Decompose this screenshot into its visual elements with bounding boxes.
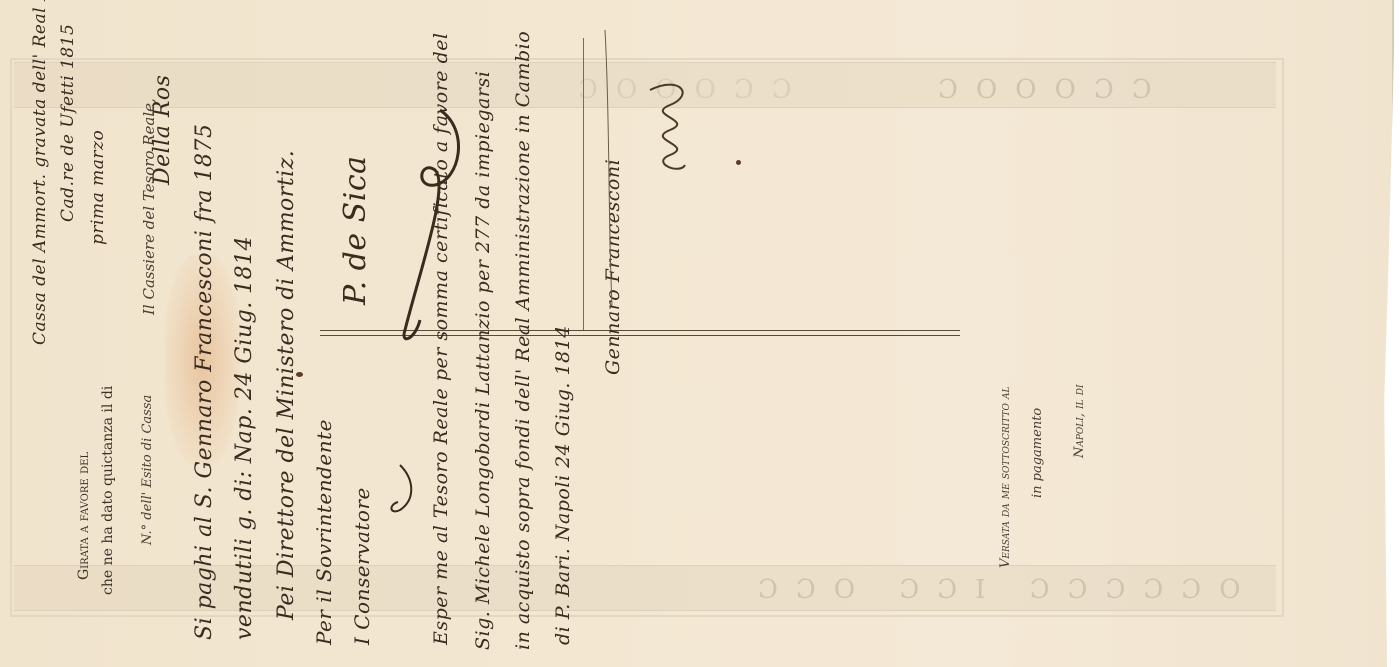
napoli-label: Napoli, il di: [1072, 384, 1087, 458]
bleed-through-bottom-print: OCCCCC ICC OCC: [740, 572, 1240, 602]
endorsement-line-4: di P. Bari. Napoli 24 Giug. 1814: [552, 325, 574, 645]
ink-spot: [736, 160, 741, 165]
middle-signature: P. de Sica: [338, 155, 373, 305]
document-paper: CCOOOC CCOOOC OCCCCC ICC OCC Girata a fa…: [0, 0, 1394, 667]
girata-line: Girata a favore del: [76, 452, 92, 580]
quietanza-line: che ne ha dato quictanza il di: [100, 386, 116, 595]
girata-label: Girata a favore del: [76, 452, 92, 580]
napoli-date-line: Napoli, il di: [1072, 384, 1087, 458]
handwritten-quietanza-date: prima marzo: [88, 130, 108, 245]
closing-flourish-icon: [380, 460, 420, 520]
handwritten-line-1: Si paghi al S. Gennaro Francesconi fra 1…: [192, 123, 217, 640]
handwritten-line-2: vendutili g. di: Nap. 24 Giug. 1814: [232, 236, 257, 640]
paraph-flourish-icon: [640, 75, 700, 185]
handwritten-line-4: Per il Sovrintendente: [312, 419, 336, 645]
endorsement-line-2: Sig. Michele Longobardi Lattanzio per 27…: [472, 71, 494, 650]
handwritten-line-5: I Conservatore: [350, 487, 374, 645]
pagamento-line: in pagamento: [1030, 408, 1045, 498]
versata-label: Versata da me sottoscritto al: [998, 387, 1013, 568]
versata-line: Versata da me sottoscritto al: [998, 387, 1013, 568]
bleed-through-top-print: CCOOOC: [920, 72, 1152, 102]
esito-di-cassa-label: N.° dell' Esito di Cassa: [140, 395, 155, 545]
handwritten-quietanza-fill: Cad.re de Ufetti 1815: [58, 24, 78, 222]
handwritten-line-3: Pei Direttore del Ministero di Ammortiz.: [274, 150, 299, 620]
endorsement-line-3: in acquisto sopra fondi dell' Real Ammin…: [512, 31, 534, 650]
ink-spot: [296, 372, 303, 377]
signature-line: [583, 38, 584, 330]
cassiere-signature: Della Ros: [150, 75, 175, 185]
signature-flourish-icon: [380, 90, 470, 350]
handwritten-girata-fill: Cassa del Ammort. gravata dell' Real Dec…: [30, 0, 50, 345]
pen-stroke-icon: [600, 20, 630, 310]
